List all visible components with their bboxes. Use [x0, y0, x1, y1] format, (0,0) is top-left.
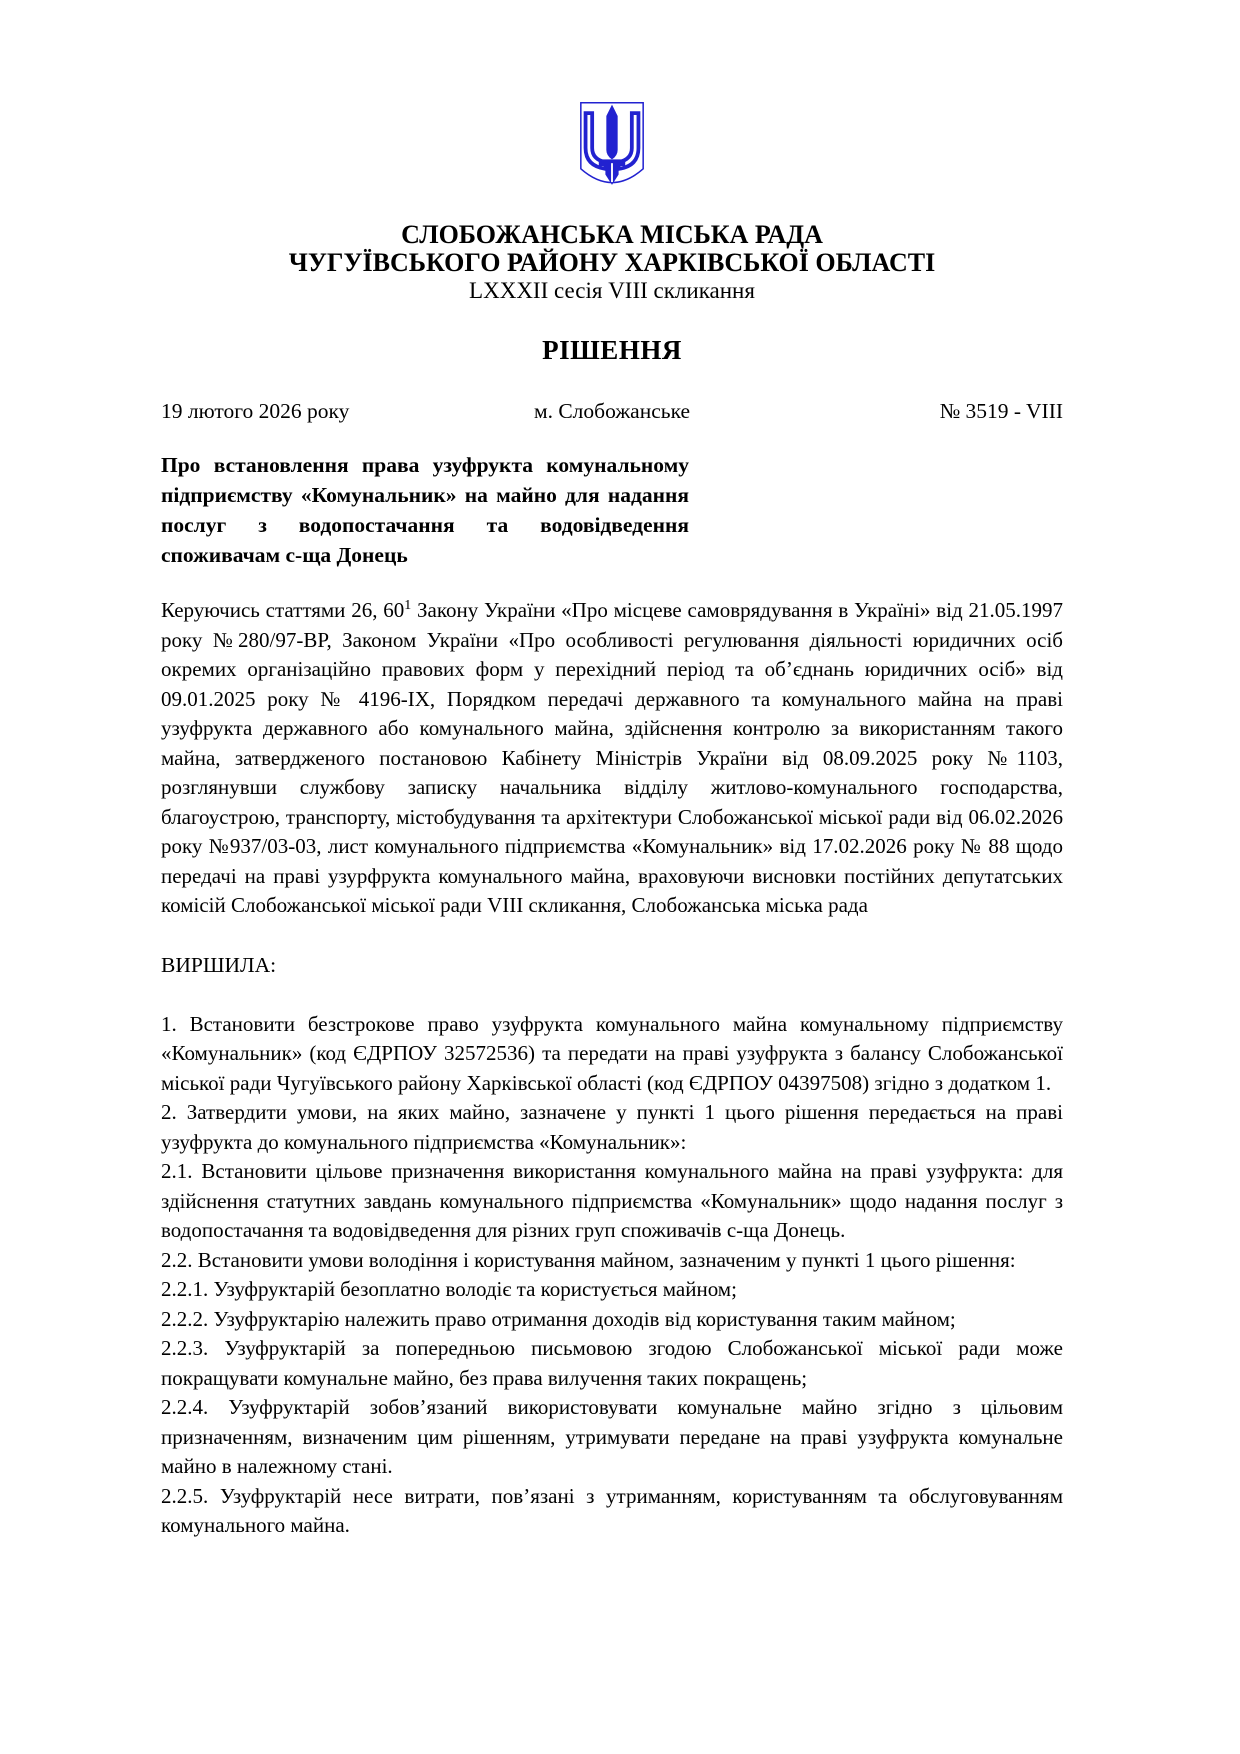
resolved-label: ВИРШИЛА:: [161, 951, 1063, 980]
preamble-part1: Керуючись статтями 26, 60: [161, 598, 404, 622]
resolution-item-2-2-5: 2.2.5. Узуфруктарій несе витрати, пов’яз…: [161, 1482, 1063, 1541]
decision-place: м. Слобожанське: [462, 398, 763, 424]
emblem-container: [161, 100, 1063, 203]
resolution-item-1: 1. Встановити безстрокове право узуфрукт…: [161, 1010, 1063, 1099]
resolution-item-2-2-1: 2.2.1. Узуфруктарій безоплатно володіє т…: [161, 1275, 1063, 1305]
council-name: СЛОБОЖАНСЬКА МІСЬКА РАДА: [161, 221, 1063, 249]
decision-subject: Про встановлення права узуфрукта комунал…: [161, 450, 689, 570]
preamble-part2: Закону України «Про місцеве самоврядуван…: [161, 598, 1063, 917]
resolution-item-2-2-3: 2.2.3. Узуфруктарій за попередньою письм…: [161, 1334, 1063, 1393]
preamble-paragraph: Керуючись статтями 26, 601 Закону Україн…: [161, 596, 1063, 921]
session-line: LXXXII сесія VIII скликання: [161, 277, 1063, 304]
document-type-title: РІШЕННЯ: [161, 336, 1063, 364]
decision-date: 19 лютого 2026 року: [161, 398, 462, 424]
resolution-item-2: 2. Затвердити умови, на яких майно, зазн…: [161, 1098, 1063, 1157]
resolution-item-2-2-4: 2.2.4. Узуфруктарій зобов’язаний викорис…: [161, 1393, 1063, 1482]
trident-emblem-icon: [578, 185, 646, 202]
resolution-item-2-2-2: 2.2.2. Узуфруктарію належить право отрим…: [161, 1305, 1063, 1335]
decision-number: № 3519 - VIII: [762, 398, 1063, 424]
resolutions-list: 1. Встановити безстрокове право узуфрукт…: [161, 1010, 1063, 1541]
resolution-item-2-2: 2.2. Встановити умови володіння і корист…: [161, 1246, 1063, 1276]
decision-meta-row: 19 лютого 2026 року м. Слобожанське № 35…: [161, 398, 1063, 424]
district-name: ЧУГУЇВСЬКОГО РАЙОНУ ХАРКІВСЬКОЇ ОБЛАСТІ: [161, 249, 1063, 277]
resolution-item-2-1: 2.1. Встановити цільове призначення вико…: [161, 1157, 1063, 1246]
decision-document-page: СЛОБОЖАНСЬКА МІСЬКА РАДА ЧУГУЇВСЬКОГО РА…: [0, 0, 1240, 1754]
